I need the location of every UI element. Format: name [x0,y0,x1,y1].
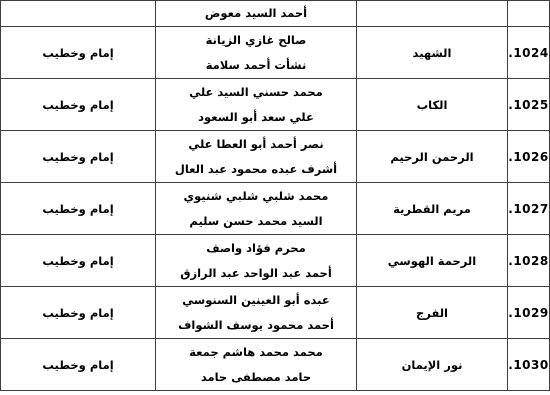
mosque-cell: الفرج [357,287,508,339]
row-number: .1030 [508,358,548,372]
row-number: .1026 [508,150,548,164]
mosque-name: مريم القطرية [393,202,471,216]
number-cell: .1026 [508,131,550,183]
mosque-name: الرحمة الهوسي [388,254,476,268]
imam-name: محرم فؤاد واصف [156,236,356,261]
row-number: .1027 [508,202,548,216]
table-row: إمام وخطيب نصر أحمد أبو العطا علي أشرف ع… [1,131,550,183]
table-row: إمام وخطيب صالح غازي الزيانة نشأت أحمد س… [1,27,550,79]
mosque-cell: الكاب [357,79,508,131]
table-row: إمام وخطيب محرم فؤاد واصف أحمد عبد الواح… [1,235,550,287]
number-cell: .1028 [508,235,550,287]
role-cell: إمام وخطيب [1,183,156,235]
role-label: إمام وخطيب [42,306,113,320]
second-imam-name: أحمد محمود يوسف الشواف [156,313,356,338]
number-cell: .1025 [508,79,550,131]
mosque-name: الفرج [416,306,448,320]
mosque-name: الشهيد [413,46,452,60]
role-label: إمام وخطيب [42,254,113,268]
mosque-name: نور الإيمان [402,358,463,372]
table-row: إمام وخطيب عبده أبو العينين السنوسي أحمد… [1,287,550,339]
second-imam-name: أشرف عبده محمود عبد العال [156,157,356,182]
names-cell: محمد محمد هاشم جمعة حامد مصطفى حامد [156,339,357,391]
role-cell: إمام وخطيب [1,287,156,339]
names-cell: محمد شلبي شلبي شنيوي السيد محمد حسن سليم [156,183,357,235]
imam-name: نصر أحمد أبو العطا علي [156,132,356,157]
names-cell: أحمد السيد معوض [156,1,357,27]
number-cell: .1030 [508,339,550,391]
mosque-cell [357,1,508,27]
second-imam-name: نشأت أحمد سلامة [156,53,356,78]
role-cell: إمام وخطيب [1,235,156,287]
mosque-cell: الرحمن الرحيم [357,131,508,183]
imam-name: محمد حسني السيد علي [156,80,356,105]
second-imam-name: أحمد عبد الواحد عبد الرازق [156,261,356,286]
number-cell: .1027 [508,183,550,235]
mosque-cell: الشهيد [357,27,508,79]
mosque-cell: مريم القطرية [357,183,508,235]
imam-name: صالح غازي الزيانة [156,28,356,53]
table-row: إمام وخطيب محمد حسني السيد علي علي سعد أ… [1,79,550,131]
role-label: إمام وخطيب [42,358,113,372]
mosque-name: الرحمن الرحيم [390,150,473,164]
imam-name: محمد محمد هاشم جمعة [156,340,356,365]
row-number: .1028 [508,254,548,268]
imam-name: محمد شلبي شلبي شنيوي [156,184,356,209]
number-cell [508,1,550,27]
role-cell: إمام وخطيب [1,79,156,131]
names-cell: محرم فؤاد واصف أحمد عبد الواحد عبد الراز… [156,235,357,287]
role-label: إمام وخطيب [42,150,113,164]
role-label: إمام وخطيب [42,98,113,112]
mosque-cell: الرحمة الهوسي [357,235,508,287]
mosques-table: أحمد السيد معوض إمام وخطيب صالح غازي الز… [0,0,550,391]
row-number: .1024 [508,46,548,60]
role-cell: إمام وخطيب [1,27,156,79]
imam-name: عبده أبو العينين السنوسي [156,288,356,313]
role-label: إمام وخطيب [42,202,113,216]
second-imam-name: علي سعد أبو السعود [156,105,356,130]
table-row: إمام وخطيب محمد محمد هاشم جمعة حامد مصطف… [1,339,550,391]
row-number: .1025 [508,98,548,112]
document-page: أحمد السيد معوض إمام وخطيب صالح غازي الز… [0,0,550,395]
table-row: إمام وخطيب محمد شلبي شلبي شنيوي السيد مح… [1,183,550,235]
second-imam-name: حامد مصطفى حامد [156,365,356,390]
names-cell: محمد حسني السيد علي علي سعد أبو السعود [156,79,357,131]
names-cell: صالح غازي الزيانة نشأت أحمد سلامة [156,27,357,79]
number-cell: .1024 [508,27,550,79]
names-cell: عبده أبو العينين السنوسي أحمد محمود يوسف… [156,287,357,339]
role-cell: إمام وخطيب [1,339,156,391]
names-cell: نصر أحمد أبو العطا علي أشرف عبده محمود ع… [156,131,357,183]
role-cell [1,1,156,27]
role-cell: إمام وخطيب [1,131,156,183]
role-label: إمام وخطيب [42,46,113,60]
row-number: .1029 [508,306,548,320]
second-imam-name: السيد محمد حسن سليم [156,209,356,234]
partial-table-row: أحمد السيد معوض [1,1,550,27]
number-cell: .1029 [508,287,550,339]
imam-name: أحمد السيد معوض [156,1,356,26]
mosque-name: الكاب [417,98,448,112]
mosque-cell: نور الإيمان [357,339,508,391]
